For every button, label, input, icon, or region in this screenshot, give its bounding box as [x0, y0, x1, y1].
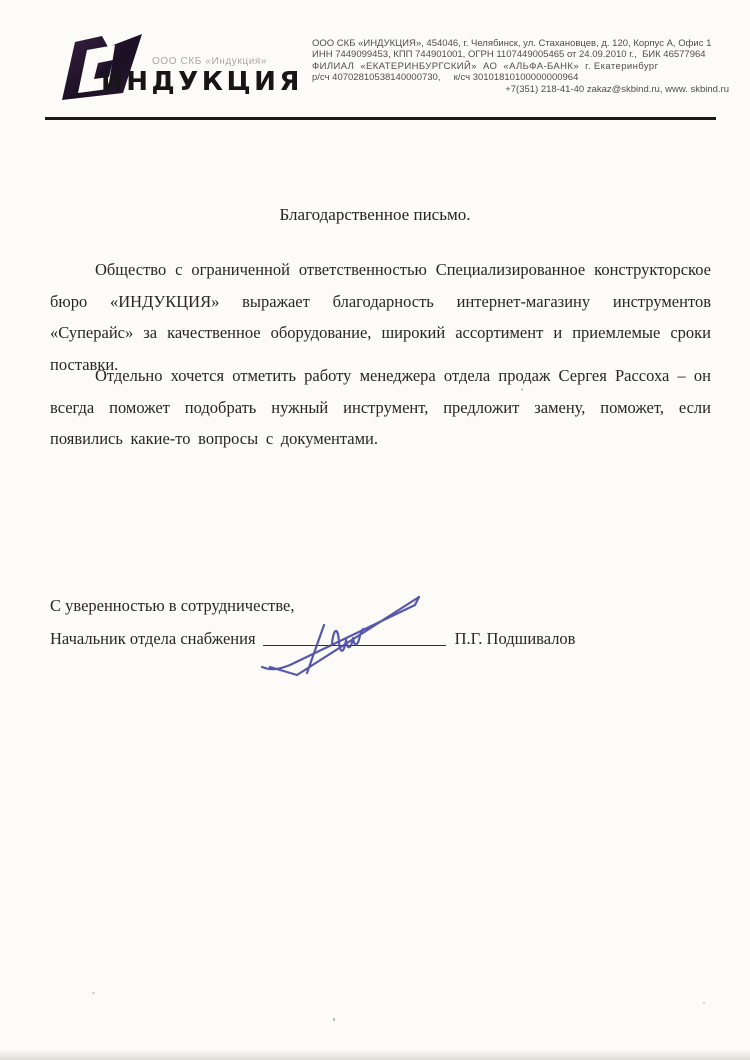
company-address-line: ООО СКБ «ИНДУКЦИЯ», 454046, г. Челябинск…: [312, 38, 733, 49]
company-bank-line: ФИЛИАЛ «ЕКАТЕРИНБУРГСКИЙ» АО «АЛЬФА-БАНК…: [312, 61, 733, 72]
logo-company-small-label: ООО СКБ «Индукция»: [152, 56, 267, 67]
logo-wordmark: ИНДУКЦИЯ: [101, 69, 303, 95]
company-requisites: ООО СКБ «ИНДУКЦИЯ», 454046, г. Челябинск…: [312, 38, 733, 95]
scanned-letter-page: ООО СКБ «Индукция» ИНДУКЦИЯ ООО СКБ «ИНД…: [0, 0, 750, 1060]
scan-speck: [703, 1002, 705, 1004]
scan-speck: [521, 388, 523, 391]
scan-speck: [333, 1018, 335, 1021]
scan-speck: [508, 332, 510, 334]
signatory-name: П.Г. Подшивалов: [455, 629, 576, 649]
company-inn-line: ИНН 7449099453, КПП 744901001, ОГРН 1107…: [312, 49, 733, 60]
scan-speck: [92, 992, 95, 994]
header-divider: [45, 117, 716, 120]
company-accounts-line: р/сч 40702810538140000730, к/сч 30101810…: [312, 72, 733, 83]
signatory-role: Начальник отдела снабжения: [50, 629, 256, 649]
letter-paragraph-2: Отдельно хочется отметить работу менедже…: [50, 360, 711, 455]
company-contacts-line: +7(351) 218-41-40 zakaz@skbind.ru, www. …: [312, 84, 733, 95]
letter-title: Благодарственное письмо.: [0, 205, 750, 225]
handwritten-signature: [252, 583, 430, 678]
